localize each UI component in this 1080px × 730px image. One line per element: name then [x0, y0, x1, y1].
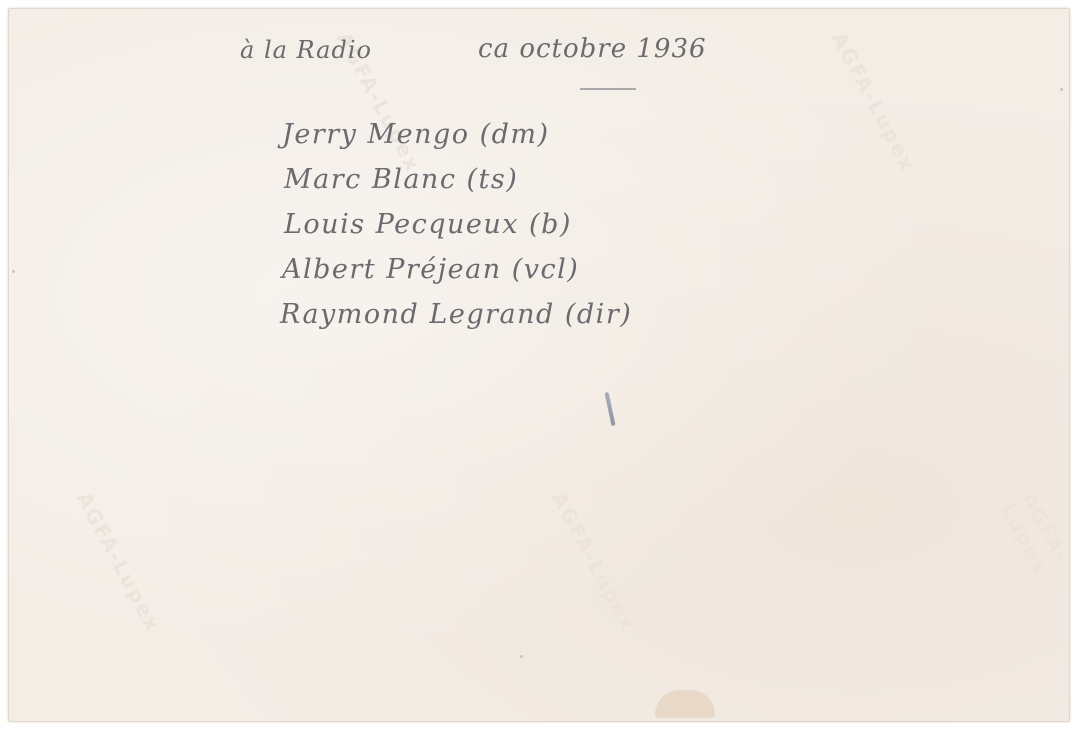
- paper-watermark: AGFA-Lupex: [547, 488, 641, 636]
- personnel-entry: Jerry Mengo (dm): [282, 112, 632, 157]
- paper-scuff: [12, 270, 15, 273]
- personnel-entry: Raymond Legrand (dir): [280, 292, 632, 337]
- paper-scuff: [520, 655, 523, 658]
- personnel-list: Jerry Mengo (dm) Marc Blanc (ts) Louis P…: [282, 112, 632, 337]
- paper-scuff: [1060, 88, 1063, 91]
- paper-watermark: AGFA-Lupex: [827, 28, 921, 176]
- paper-watermark: AGFA-Lupex: [72, 488, 166, 636]
- personnel-entry: Marc Blanc (ts): [284, 157, 632, 202]
- header-underline: [580, 88, 636, 90]
- personnel-entry: Louis Pecqueux (b): [284, 202, 632, 247]
- paper-watermark: AGFA-Lupex: [996, 488, 1075, 579]
- date-note: ca octobre 1936: [478, 34, 707, 64]
- personnel-entry: Albert Préjean (vcl): [282, 247, 632, 292]
- location-note: à la Radio: [240, 36, 372, 64]
